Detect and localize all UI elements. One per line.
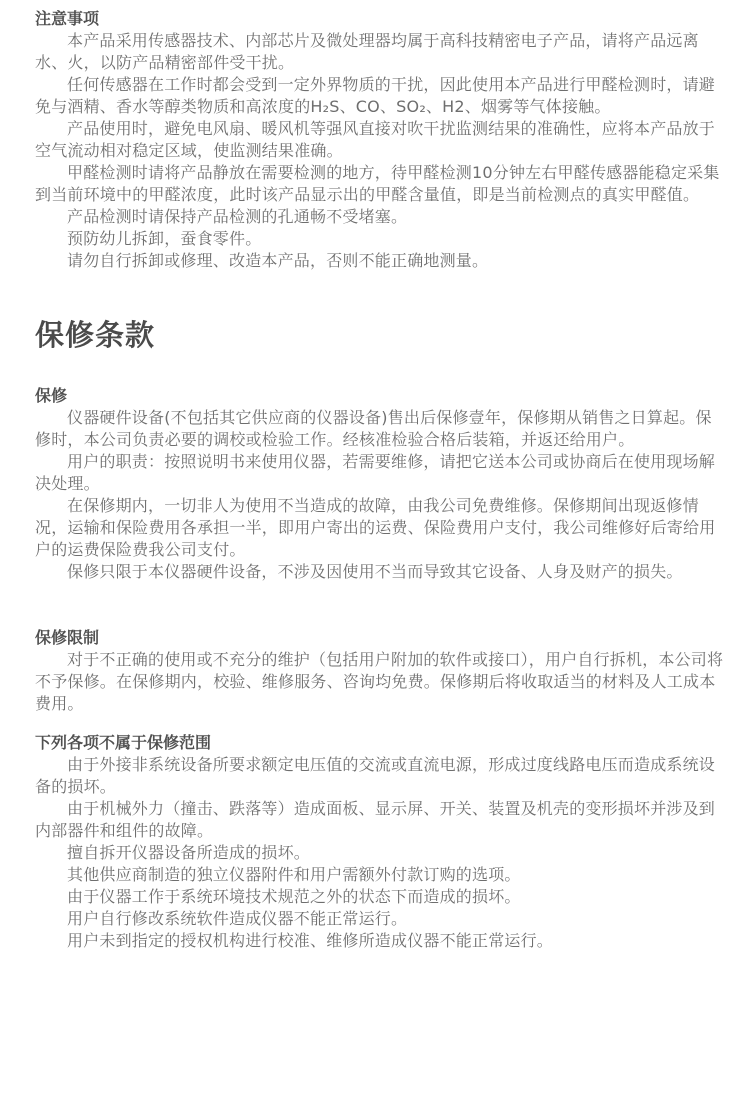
notice-item: 产品检测时请保持产品检测的孔通畅不受堵塞。 <box>35 206 725 228</box>
manual-page: 注意事项 本产品采用传感器技术、内部芯片及微处理器均属于高科技精密电子产品，请将… <box>35 8 725 952</box>
exclusion-item: 由于外接非系统设备所要求额定电压值的交流或直流电源，形成过度线路电压而造成系统设… <box>35 754 725 798</box>
warranty-paragraph: 在保修期内，一切非人为使用不当造成的故障，由我公司免费维修。保修期间出现返修情况… <box>35 495 725 561</box>
exclusion-item: 擅自拆开仪器设备所造成的损坏。 <box>35 842 725 864</box>
warranty-heading: 保修 <box>35 385 725 407</box>
exclusions-section: 下列各项不属于保修范围 由于外接非系统设备所要求额定电压值的交流或直流电源，形成… <box>35 732 725 952</box>
warranty-paragraph: 保修只限于本仪器硬件设备，不涉及因使用不当而导致其它设备、人身及财产的损失。 <box>35 561 725 583</box>
spacer <box>35 715 725 732</box>
warranty-paragraph: 用户的职责：按照说明书来使用仪器，若需要维修，请把它送本公司或协商后在使用现场解… <box>35 451 725 495</box>
exclusion-item: 其他供应商制造的独立仪器附件和用户需额外付款订购的选项。 <box>35 864 725 886</box>
notice-paragraph: 产品使用时，避免电风扇、暖风机等强风直接对吹干扰监测结果的准确性，应将本产品放于… <box>35 118 725 162</box>
spacer <box>35 272 725 315</box>
warranty-limits-section: 保修限制 对于不正确的使用或不充分的维护（包括用户附加的软件或接口），用户自行拆… <box>35 627 725 715</box>
warranty-section: 保修 仪器硬件设备(不包括其它供应商的仪器设备)售出后保修壹年，保修期从销售之日… <box>35 385 725 583</box>
warranty-limits-paragraph: 对于不正确的使用或不充分的维护（包括用户附加的软件或接口），用户自行拆机，本公司… <box>35 649 725 715</box>
warranty-paragraph: 仪器硬件设备(不包括其它供应商的仪器设备)售出后保修壹年，保修期从销售之日算起。… <box>35 407 725 451</box>
notice-item: 预防幼儿拆卸，蚕食零件。 <box>35 228 725 250</box>
exclusion-item: 由于机械外力（撞击、跌落等）造成面板、显示屏、开关、装置及机壳的变形损坏并涉及到… <box>35 798 725 842</box>
spacer <box>35 583 725 627</box>
notice-paragraph: 甲醛检测时请将产品静放在需要检测的地方，待甲醛检测10分钟左右甲醛传感器能稳定采… <box>35 162 725 206</box>
notice-heading: 注意事项 <box>35 8 725 30</box>
notice-item: 请勿自行拆卸或修理、改造本产品，否则不能正确地测量。 <box>35 250 725 272</box>
spacer <box>35 355 725 385</box>
notice-section: 注意事项 本产品采用传感器技术、内部芯片及微处理器均属于高科技精密电子产品，请将… <box>35 8 725 272</box>
notice-paragraph: 本产品采用传感器技术、内部芯片及微处理器均属于高科技精密电子产品，请将产品远离水… <box>35 30 725 74</box>
exclusions-heading: 下列各项不属于保修范围 <box>35 732 725 754</box>
exclusion-item: 用户自行修改系统软件造成仪器不能正常运行。 <box>35 908 725 930</box>
warranty-limits-heading: 保修限制 <box>35 627 725 649</box>
notice-paragraph: 任何传感器在工作时都会受到一定外界物质的干扰，因此使用本产品进行甲醛检测时，请避… <box>35 74 725 118</box>
exclusion-item: 用户未到指定的授权机构进行校准、维修所造成仪器不能正常运行。 <box>35 930 725 952</box>
warranty-title: 保修条款 <box>35 315 725 355</box>
exclusion-item: 由于仪器工作于系统环境技术规范之外的状态下而造成的损坏。 <box>35 886 725 908</box>
